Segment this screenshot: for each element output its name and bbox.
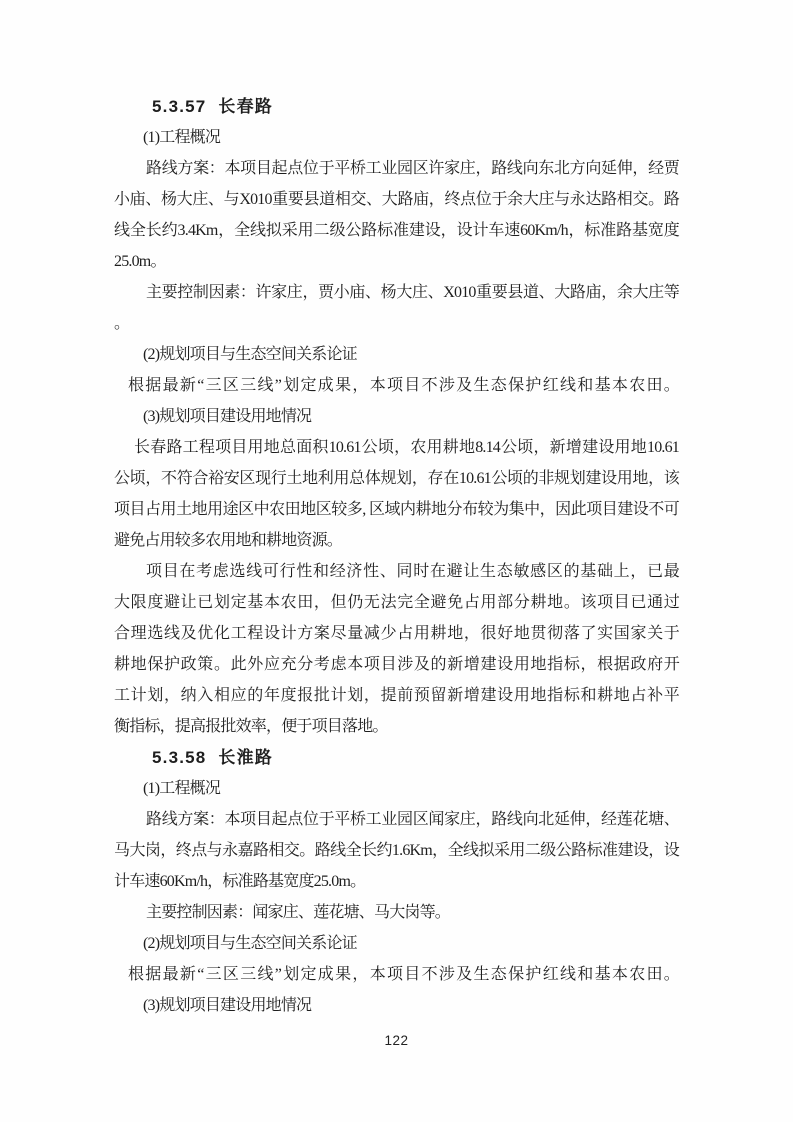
subheading-text: (3)规划项目建设用地情况 xyxy=(114,990,679,1021)
subheading-text: (2)规划项目与生态空间关系论证 xyxy=(114,928,679,959)
subheading-eco-space-57: (2)规划项目与生态空间关系论证 xyxy=(114,339,679,370)
page-number: 122 xyxy=(0,1033,793,1048)
text-line: 衡指标，提高报批效率，便于项目落地。 xyxy=(114,711,679,742)
subheading-project-overview-57: (1)工程概况 xyxy=(114,122,679,153)
text-line: 工计划，纳入相应的年度报批计划，提前预留新增建设用地指标和耕地占补平 xyxy=(114,680,679,711)
paragraph-land-area-57: 长春路工程项目用地总面积10.61公顷，农用耕地8.14公顷，新增建设用地10.… xyxy=(114,432,679,556)
text-line: 计车速60Km/h，标准路基宽度25.0m。 xyxy=(114,866,679,897)
section-heading-changchun-road: 5.3.57 长春路 xyxy=(114,91,679,122)
subheading-project-overview-58: (1)工程概况 xyxy=(114,773,679,804)
text-line: 主要控制因素：许家庄，贾小庙、杨大庄、X010重要县道、大路庙，余大庄等 xyxy=(114,277,679,308)
paragraph-three-zones-57: 根据最新“三区三线”划定成果，本项目不涉及生态保护红线和基本农田。 xyxy=(114,370,679,401)
text-line: 大限度避让已划定基本农田，但仍无法完全避免占用部分耕地。该项目已通过 xyxy=(114,587,679,618)
page-content: 5.3.57 长春路 (1)工程概况 路线方案：本项目起点位于平桥工业园区许家庄… xyxy=(114,91,679,1021)
document-page: 5.3.57 长春路 (1)工程概况 路线方案：本项目起点位于平桥工业园区许家庄… xyxy=(0,0,793,1122)
heading-text: 5.3.58 长淮路 xyxy=(114,742,679,773)
subheading-eco-space-58: (2)规划项目与生态空间关系论证 xyxy=(114,928,679,959)
subheading-land-use-57: (3)规划项目建设用地情况 xyxy=(114,401,679,432)
subheading-text: (1)工程概况 xyxy=(114,773,679,804)
text-line: 合理选线及优化工程设计方案尽量减少占用耕地，很好地贯彻落了实国家关于 xyxy=(114,618,679,649)
text-line: 主要控制因素：闻家庄、莲花塘、马大岗等。 xyxy=(114,897,679,928)
text-line: 公顷，不符合裕安区现行土地利用总体规划，存在10.61公顷的非规划建设用地，该 xyxy=(114,463,679,494)
text-line: 线全长约3.4Km，全线拟采用二级公路标准建设，设计车速60Km/h，标准路基宽… xyxy=(114,215,679,246)
text-line: 耕地保护政策。此外应充分考虑本项目涉及的新增建设用地指标，根据政府开 xyxy=(114,649,679,680)
text-line: 长春路工程项目用地总面积10.61公顷，农用耕地8.14公顷，新增建设用地10.… xyxy=(114,432,679,463)
text-line: 路线方案：本项目起点位于平桥工业园区闻家庄，路线向北延伸，经莲花塘、 xyxy=(114,804,679,835)
subheading-text: (2)规划项目与生态空间关系论证 xyxy=(114,339,679,370)
subheading-land-use-58: (3)规划项目建设用地情况 xyxy=(114,990,679,1021)
text-line: 马大岗，终点与永嘉路相交。路线全长约1.6Km，全线拟采用二级公路标准建设，设 xyxy=(114,835,679,866)
text-line: 小庙、杨大庄、与X010重要县道相交、大路庙，终点位于余大庄与永达路相交。路 xyxy=(114,184,679,215)
paragraph-farmland-mitigation-57: 项目在考虑选线可行性和经济性、同时在避让生态敏感区的基础上，已最 大限度避让已划… xyxy=(114,556,679,742)
text-line: 25.0m。 xyxy=(114,246,679,277)
paragraph-route-plan-58: 路线方案：本项目起点位于平桥工业园区闻家庄，路线向北延伸，经莲花塘、 马大岗，终… xyxy=(114,804,679,897)
paragraph-control-factors-57: 主要控制因素：许家庄，贾小庙、杨大庄、X010重要县道、大路庙，余大庄等 。 xyxy=(114,277,679,339)
heading-text: 5.3.57 长春路 xyxy=(114,91,679,122)
text-line: 项目在考虑选线可行性和经济性、同时在避让生态敏感区的基础上，已最 xyxy=(114,556,679,587)
subheading-text: (3)规划项目建设用地情况 xyxy=(114,401,679,432)
text-line: 根据最新“三区三线”划定成果，本项目不涉及生态保护红线和基本农田。 xyxy=(114,959,679,990)
paragraph-control-factors-58: 主要控制因素：闻家庄、莲花塘、马大岗等。 xyxy=(114,897,679,928)
section-heading-changhuai-road: 5.3.58 长淮路 xyxy=(114,742,679,773)
text-line: 路线方案：本项目起点位于平桥工业园区许家庄，路线向东北方向延伸，经贾 xyxy=(114,153,679,184)
text-line: 项目占用土地用途区中农田地区较多, 区域内耕地分布较为集中，因此项目建设不可 xyxy=(114,494,679,525)
text-line: 。 xyxy=(114,308,679,339)
text-line: 避免占用较多农用地和耕地资源。 xyxy=(114,525,679,556)
text-line: 根据最新“三区三线”划定成果，本项目不涉及生态保护红线和基本农田。 xyxy=(114,370,679,401)
paragraph-route-plan-57: 路线方案：本项目起点位于平桥工业园区许家庄，路线向东北方向延伸，经贾 小庙、杨大… xyxy=(114,153,679,277)
subheading-text: (1)工程概况 xyxy=(114,122,679,153)
paragraph-three-zones-58: 根据最新“三区三线”划定成果，本项目不涉及生态保护红线和基本农田。 xyxy=(114,959,679,990)
